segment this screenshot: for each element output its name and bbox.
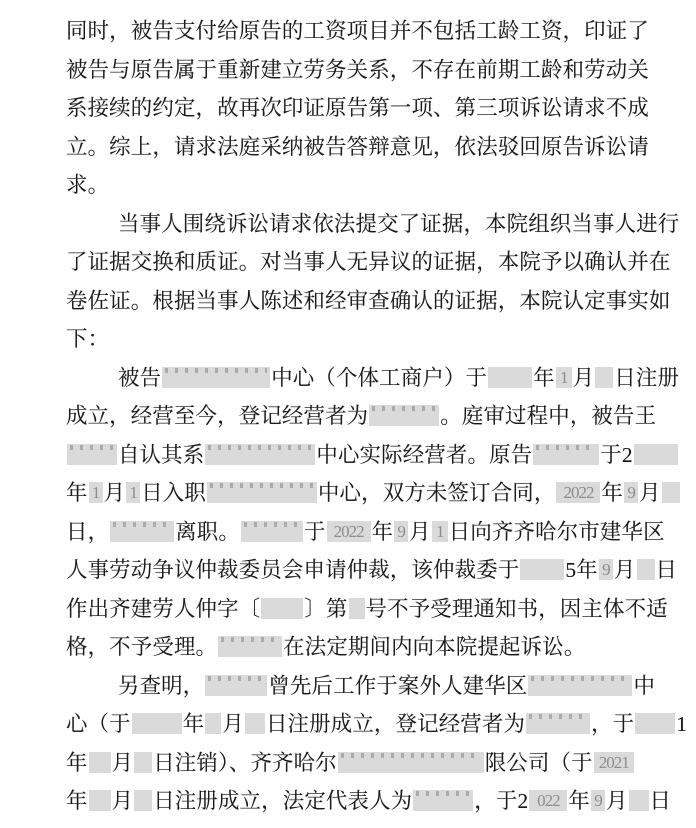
text-line-21: 年月日注册成立，法定代表人为，于2022年9月日 <box>66 782 676 821</box>
redaction-block: 1 <box>432 521 448 542</box>
text-segment: 被告与原告属于重新建立劳务关系，不存在前期工龄和劳动关 <box>66 58 649 82</box>
text-segment: 于 <box>304 520 326 544</box>
text-line-13: 年1月1日入职中心，双方未签订合同，2022年9月 <box>66 474 676 513</box>
text-segment: 自认其系 <box>118 443 204 467</box>
text-segment: 月 <box>606 789 628 813</box>
text-segment: 另查明， <box>118 674 204 698</box>
redaction-remnant-text: 1 <box>89 482 103 503</box>
text-line-19: 心（于年月日注册成立，登记经营者为，于1 <box>66 705 676 744</box>
redaction-block <box>89 790 111 811</box>
text-segment: 下： <box>66 327 109 351</box>
text-line-2: 被告与原告属于重新建立劳务关系，不存在前期工龄和劳动关 <box>66 51 676 90</box>
redaction-block <box>261 598 303 619</box>
text-segment: 1 <box>676 712 687 736</box>
text-line-9: 下： <box>66 320 676 359</box>
text-line-1: 同时，被告支付给原告的工资项目并不包括工龄工资，印证了 <box>66 12 676 51</box>
text-segment: 离职。 <box>175 520 240 544</box>
text-line-12: 自认其系中心实际经营者。原告于2 <box>66 436 676 475</box>
text-segment: 号不予受理通知书，因主体不适 <box>366 597 668 621</box>
text-segment: 年 <box>568 789 590 813</box>
text-segment: ，于2 <box>474 789 528 813</box>
text-line-15: 人事劳动争议仲裁委员会申请仲裁，该仲裁委于5年9月日 <box>66 551 676 590</box>
text-segment: 当事人围绕诉讼请求依法提交了证据，本院组织当事人进行 <box>118 212 679 236</box>
redaction-block: 9 <box>394 521 408 542</box>
redaction-block: 2022 <box>556 482 600 503</box>
text-segment: 月 <box>573 366 595 390</box>
text-line-18: 另查明，曾先后工作于案外人建华区中 <box>66 667 676 706</box>
text-line-6: 当事人围绕诉讼请求依法提交了证据，本院组织当事人进行 <box>66 205 676 244</box>
redaction-remnant-text: 2021 <box>594 752 634 773</box>
text-segment: 月 <box>639 481 661 505</box>
text-line-8: 卷佐证。根据当事人陈述和经审查确认的证据，本院认定事实如 <box>66 282 676 321</box>
redaction-block <box>413 790 473 811</box>
text-segment: 。庭审过程中，被告王 <box>440 404 656 428</box>
text-segment: 年 <box>183 712 205 736</box>
text-segment: 日注册成立，法定代表人为 <box>153 789 412 813</box>
text-segment: 立。综上，请求法庭采纳被告答辩意见，依法驳回原告诉讼请 <box>66 135 649 159</box>
text-segment: 月 <box>104 481 126 505</box>
redaction-remnant-text: 022 <box>529 790 567 811</box>
text-segment: 系接续的约定，故再次印证原告第一项、第三项诉讼请求不成 <box>66 96 649 120</box>
text-line-16: 作出齐建劳人仲字〔〕第号不予受理通知书，因主体不适 <box>66 590 676 629</box>
redaction-block: 9 <box>591 790 605 811</box>
redaction-block: 9 <box>599 559 613 580</box>
redaction-block: 2022 <box>327 521 371 542</box>
redaction-block <box>662 482 680 503</box>
text-segment: 月 <box>112 751 134 775</box>
text-segment: 月 <box>112 789 134 813</box>
text-segment: 被告 <box>118 366 161 390</box>
text-segment: 年 <box>601 481 623 505</box>
redaction-block <box>89 752 111 773</box>
redaction-block <box>634 444 678 465</box>
text-segment: ，于 <box>591 712 634 736</box>
redaction-block <box>349 598 365 619</box>
redaction-remnant-text: 9 <box>624 482 638 503</box>
redaction-block <box>528 675 632 696</box>
redaction-block <box>132 713 182 734</box>
text-segment: 求。 <box>66 173 109 197</box>
text-segment: 日， <box>66 520 109 544</box>
text-segment: 年 <box>66 789 88 813</box>
text-segment: 日入职 <box>141 481 206 505</box>
redaction-block <box>205 713 221 734</box>
redaction-block <box>635 713 675 734</box>
redaction-remnant-text: 9 <box>591 790 605 811</box>
redaction-block <box>369 405 439 426</box>
text-segment: 人事劳动争议仲裁委员会申请仲裁，该仲裁委于 <box>66 558 519 582</box>
redaction-remnant-text: 1 <box>432 521 448 542</box>
text-segment: 日 <box>656 558 678 582</box>
document-page: 同时，被告支付给原告的工资项目并不包括工龄工资，印证了被告与原告属于重新建立劳务… <box>0 0 696 828</box>
text-segment: 心（于 <box>66 712 131 736</box>
text-line-20: 年月日注销）、齐齐哈尔限公司（于2021 <box>66 744 676 783</box>
redaction-block <box>245 713 265 734</box>
text-segment: 同时，被告支付给原告的工资项目并不包括工龄工资，印证了 <box>66 19 649 43</box>
text-segment: 日注册成立，登记经营者为 <box>266 712 525 736</box>
redaction-block <box>207 482 317 503</box>
redaction-block <box>338 752 484 773</box>
text-line-10: 被告中心（个体工商户）于年1月日注册 <box>66 359 676 398</box>
text-line-4: 立。综上，请求法庭采纳被告答辩意见，依法驳回原告诉讼请 <box>66 128 676 167</box>
redaction-remnant-text: 2022 <box>556 482 600 503</box>
text-segment: 中心（个体工商户）于 <box>271 366 487 390</box>
text-segment: 成立，经营至今，登记经营者为 <box>66 404 368 428</box>
redaction-block <box>218 636 282 657</box>
redaction-block: 1 <box>556 367 572 388</box>
text-line-5: 求。 <box>66 166 676 205</box>
redaction-remnant-text: 1 <box>556 367 572 388</box>
redaction-block <box>520 559 564 580</box>
text-segment: 中心，双方未签订合同， <box>318 481 556 505</box>
text-segment: 中心实际经营者。原告 <box>316 443 532 467</box>
text-segment: 年 <box>66 481 88 505</box>
text-line-17: 格，不予受理。在法定期间内向本院提起诉讼。 <box>66 628 676 667</box>
text-segment: 中 <box>633 674 655 698</box>
text-segment: 月 <box>614 558 636 582</box>
text-segment: 日 <box>650 789 672 813</box>
redaction-block <box>526 713 590 734</box>
text-segment: 曾先后工作于案外人建华区 <box>268 674 527 698</box>
text-segment: 日向齐齐哈尔市建华区 <box>449 520 665 544</box>
text-segment: 限公司（于 <box>485 751 593 775</box>
redaction-remnant-text: 1 <box>126 482 140 503</box>
redaction-remnant-text: 9 <box>394 521 408 542</box>
redaction-block <box>134 752 152 773</box>
text-segment: 作出齐建劳人仲字〔 <box>66 597 260 621</box>
redaction-block <box>637 559 655 580</box>
redaction-block <box>241 521 303 542</box>
redaction-block <box>162 367 270 388</box>
text-line-11: 成立，经营至今，登记经营者为。庭审过程中，被告王 <box>66 397 676 436</box>
text-segment: 5年 <box>565 558 598 582</box>
redaction-block: 2021 <box>594 752 634 773</box>
redaction-block <box>67 444 117 465</box>
redaction-remnant-text: 2022 <box>327 521 371 542</box>
redaction-block <box>595 367 613 388</box>
text-segment: 卷佐证。根据当事人陈述和经审查确认的证据，本院认定事实如 <box>66 289 671 313</box>
redaction-remnant-text: 9 <box>599 559 613 580</box>
text-segment: 日注册 <box>614 366 679 390</box>
text-segment: 年 <box>372 520 394 544</box>
text-segment: 格，不予受理。 <box>66 635 217 659</box>
text-segment: 了证据交换和质证。对当事人无异议的证据，本院予以确认并在 <box>66 250 671 274</box>
redaction-block <box>205 675 267 696</box>
text-segment: 月 <box>409 520 431 544</box>
redaction-block <box>488 367 532 388</box>
text-segment: 年 <box>66 751 88 775</box>
redaction-block <box>205 444 315 465</box>
text-line-3: 系接续的约定，故再次印证原告第一项、第三项诉讼请求不成 <box>66 89 676 128</box>
text-segment: 月 <box>222 712 244 736</box>
text-segment: 年 <box>533 366 555 390</box>
redaction-block: 022 <box>529 790 567 811</box>
text-line-7: 了证据交换和质证。对当事人无异议的证据，本院予以确认并在 <box>66 243 676 282</box>
text-segment: 〕第 <box>304 597 347 621</box>
redaction-block <box>629 790 649 811</box>
redaction-block <box>134 790 152 811</box>
text-segment: 日注销）、齐齐哈尔 <box>153 751 337 775</box>
text-line-14: 日，离职。于2022年9月1日向齐齐哈尔市建华区 <box>66 513 676 552</box>
text-segment: 于2 <box>600 443 633 467</box>
redaction-block <box>110 521 174 542</box>
redaction-block: 1 <box>89 482 103 503</box>
text-segment: 在法定期间内向本院提起诉讼。 <box>283 635 585 659</box>
redaction-block <box>533 444 599 465</box>
redaction-block: 9 <box>624 482 638 503</box>
scanned-document: { "colors":{ "background":"#ffffff", "te… <box>0 0 696 828</box>
redaction-block: 1 <box>126 482 140 503</box>
